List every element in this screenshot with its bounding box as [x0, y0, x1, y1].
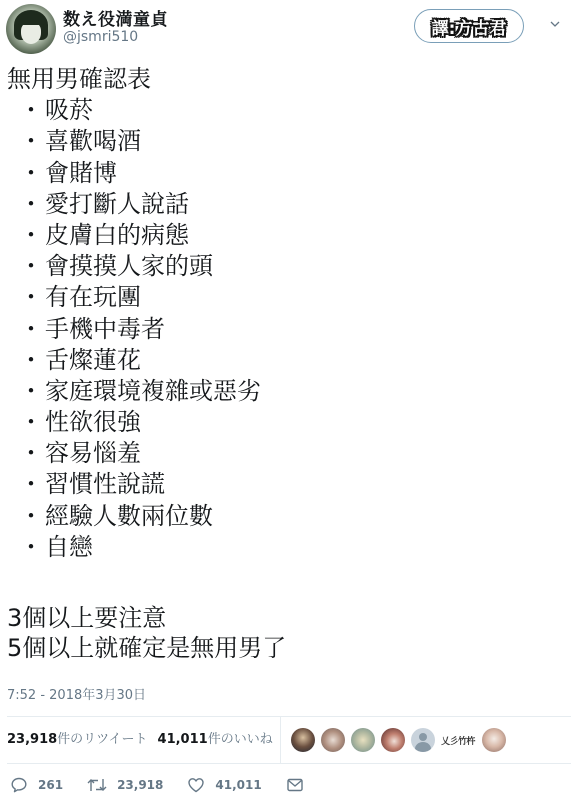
- tweet-timestamp[interactable]: 7:52 - 2018年3月30日: [7, 684, 146, 703]
- list-item: ・喜歡喝酒: [7, 126, 286, 157]
- display-name[interactable]: 数え役満童貞: [63, 5, 168, 30]
- direct-message-button[interactable]: [286, 776, 314, 794]
- list-item: ・會摸摸人家的頭: [7, 251, 286, 282]
- reply-icon: [10, 776, 28, 794]
- tweet-actions: 261 23,918 41,011: [10, 775, 338, 795]
- liker-avatar[interactable]: [351, 728, 375, 752]
- liker-avatar[interactable]: [381, 728, 405, 752]
- list-item: ・愛打斷人說話: [7, 189, 286, 220]
- retweet-stat[interactable]: 23,918件のリツイート: [7, 732, 148, 747]
- translator-watermark: 譯:方古君: [432, 14, 507, 39]
- liker-avatar[interactable]: [482, 728, 506, 752]
- list-item: ・會賭博: [7, 158, 286, 189]
- retweet-button[interactable]: 23,918: [87, 776, 163, 794]
- like-icon: [187, 776, 205, 794]
- liker-avatar[interactable]: [321, 728, 345, 752]
- reply-button[interactable]: 261: [10, 776, 63, 794]
- tweet-body: 無用男確認表 ・吸菸 ・喜歡喝酒 ・會賭博 ・愛打斷人說話 ・皮膚白的病態 ・會…: [7, 64, 286, 663]
- default-avatar-icon[interactable]: [411, 728, 435, 752]
- vertical-divider: [280, 717, 281, 763]
- list-item: ・容易惱羞: [7, 438, 286, 469]
- list-item: ・吸菸: [7, 95, 286, 126]
- tweet-title: 無用男確認表: [7, 64, 286, 95]
- list-item: ・性欲很強: [7, 407, 286, 438]
- liker-avatar[interactable]: [291, 728, 315, 752]
- divider: [7, 716, 571, 717]
- retweet-count: 23,918: [117, 778, 163, 792]
- list-item: ・皮膚白的病態: [7, 220, 286, 251]
- list-item: ・舌燦蓮花: [7, 345, 286, 376]
- liker-name-avatar[interactable]: 乂彡竹杵: [441, 734, 475, 747]
- follow-button[interactable]: 譯:方古君: [414, 9, 524, 43]
- note-line: 3個以上要注意: [7, 603, 286, 633]
- reply-count: 261: [38, 778, 63, 792]
- tweet-header: 数え役満童貞 @jsmri510 譯:方古君: [0, 0, 571, 60]
- like-stat[interactable]: 41,011件のいいね: [158, 732, 273, 747]
- divider: [7, 763, 571, 764]
- chevron-down-icon[interactable]: [549, 18, 561, 30]
- list-item: ・自戀: [7, 532, 286, 563]
- user-handle[interactable]: @jsmri510: [63, 29, 138, 45]
- checklist: ・吸菸 ・喜歡喝酒 ・會賭博 ・愛打斷人說話 ・皮膚白的病態 ・會摸摸人家的頭 …: [7, 95, 286, 563]
- message-icon: [286, 776, 304, 794]
- list-item: ・家庭環境複雜或惡劣: [7, 376, 286, 407]
- like-count: 41,011: [215, 778, 261, 792]
- note-line: 5個以上就確定是無用男了: [7, 633, 286, 663]
- list-item: ・手機中毒者: [7, 314, 286, 345]
- like-button[interactable]: 41,011: [187, 776, 261, 794]
- avatar[interactable]: [6, 4, 56, 54]
- spacer: [7, 563, 286, 603]
- engagement-stats: 23,918件のリツイート41,011件のいいね: [7, 728, 273, 747]
- avatar-face: [21, 22, 41, 44]
- list-item: ・經驗人數兩位數: [7, 501, 286, 532]
- avatar-bangs: [18, 14, 44, 25]
- liker-avatars: 乂彡竹杵: [291, 727, 512, 753]
- list-item: ・有在玩團: [7, 282, 286, 313]
- retweet-icon: [87, 776, 107, 794]
- list-item: ・習慣性說謊: [7, 469, 286, 500]
